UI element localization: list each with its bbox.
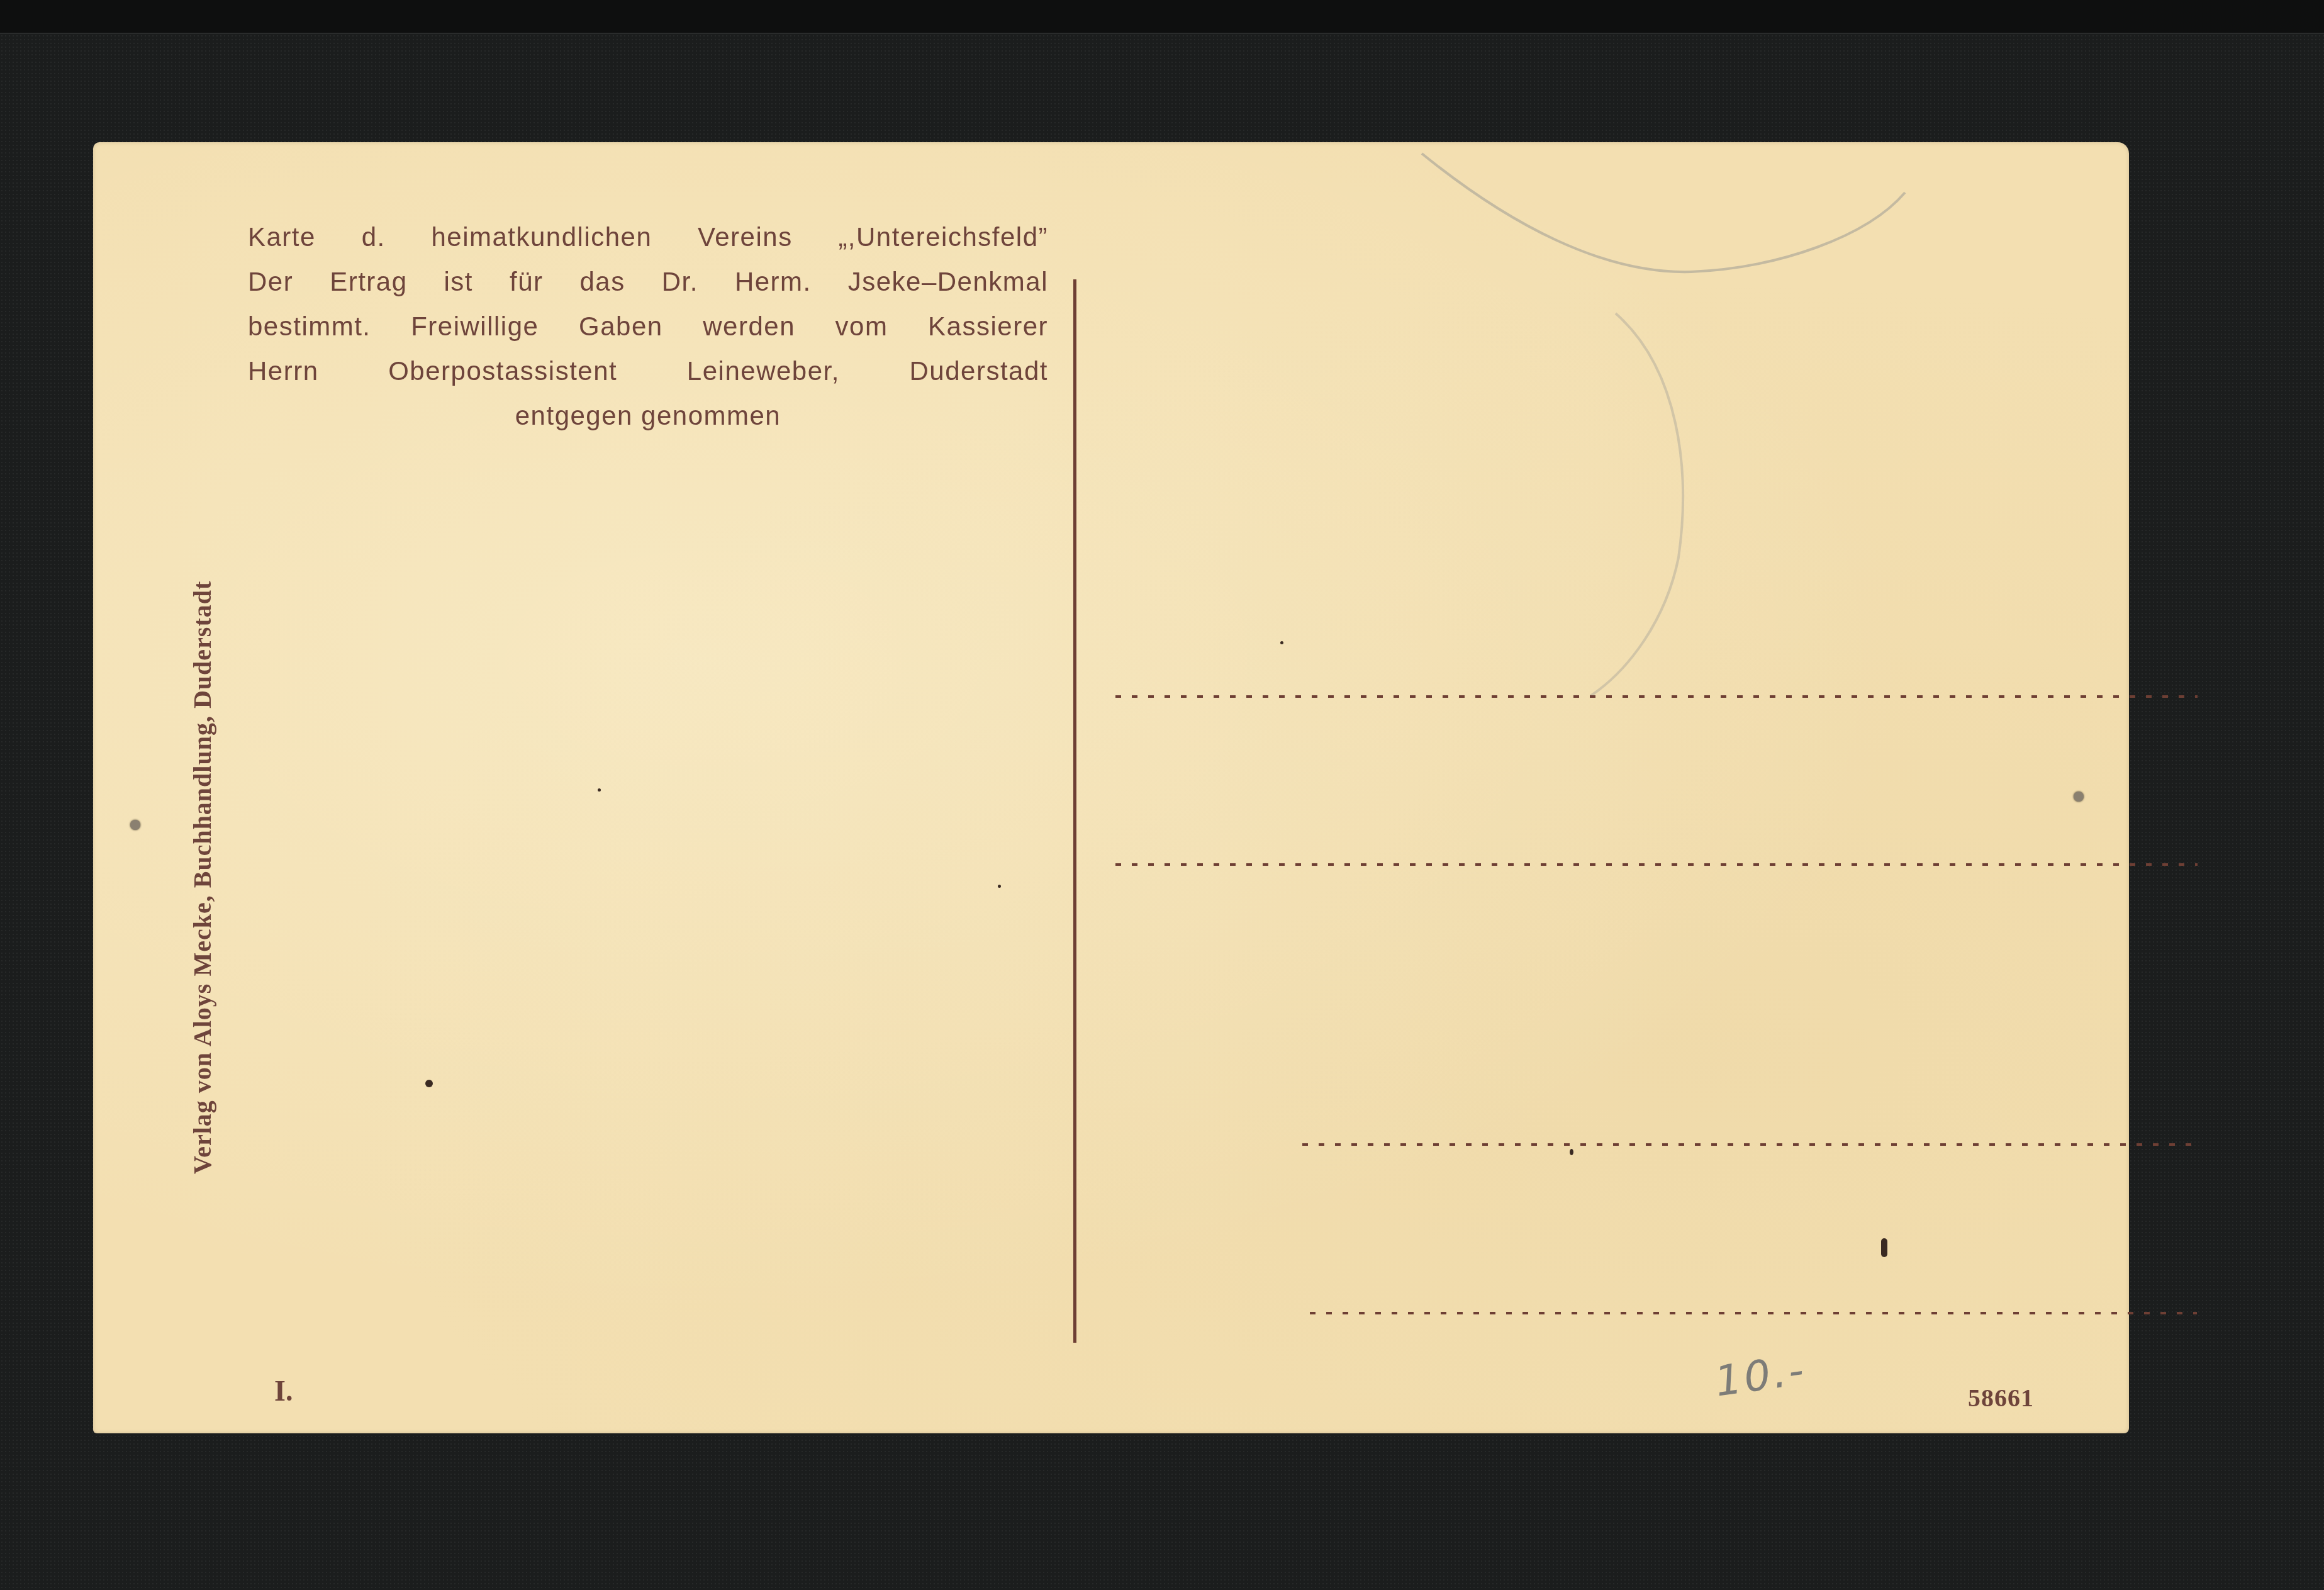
series-mark: I. bbox=[274, 1374, 293, 1408]
address-line-4 bbox=[1310, 1312, 2197, 1314]
info-line-5: entgegen genommen bbox=[248, 393, 1048, 438]
address-line-2 bbox=[1115, 863, 2198, 866]
club-info-text: Karte d. heimatkundlichen Vereins „,Unte… bbox=[248, 215, 1048, 438]
publisher-imprint: Verlag von Aloys Mecke, Buchhandlung, Du… bbox=[187, 400, 217, 1174]
mount-hole-right bbox=[2074, 792, 2084, 802]
paper-speck bbox=[998, 885, 1001, 888]
paper-speck bbox=[425, 1080, 433, 1087]
info-line-1: Karte d. heimatkundlichen Vereins „,Unte… bbox=[248, 215, 1048, 259]
address-line-3 bbox=[1302, 1143, 2196, 1146]
info-line-2: Der Ertrag ist für das Dr. Herm. Jseke–D… bbox=[248, 259, 1048, 304]
pencil-price-note: 10.- bbox=[1712, 1345, 1809, 1406]
scanner-top-band bbox=[0, 0, 2324, 34]
postcard-back: Karte d. heimatkundlichen Vereins „,Unte… bbox=[93, 142, 2129, 1433]
info-line-4: Herrn Oberpostassistent Leineweber, Dude… bbox=[248, 349, 1048, 393]
paper-speck bbox=[1881, 1238, 1887, 1257]
paper-speck bbox=[1280, 641, 1283, 644]
paper-speck bbox=[598, 788, 601, 792]
serial-number: 58661 bbox=[1968, 1383, 2034, 1413]
info-line-3: bestimmt. Freiwillige Gaben werden vom K… bbox=[248, 304, 1048, 349]
paper-speck bbox=[1570, 1149, 1573, 1155]
mount-hole-left bbox=[130, 820, 140, 830]
address-line-1 bbox=[1115, 695, 2198, 698]
message-address-divider bbox=[1073, 279, 1076, 1343]
